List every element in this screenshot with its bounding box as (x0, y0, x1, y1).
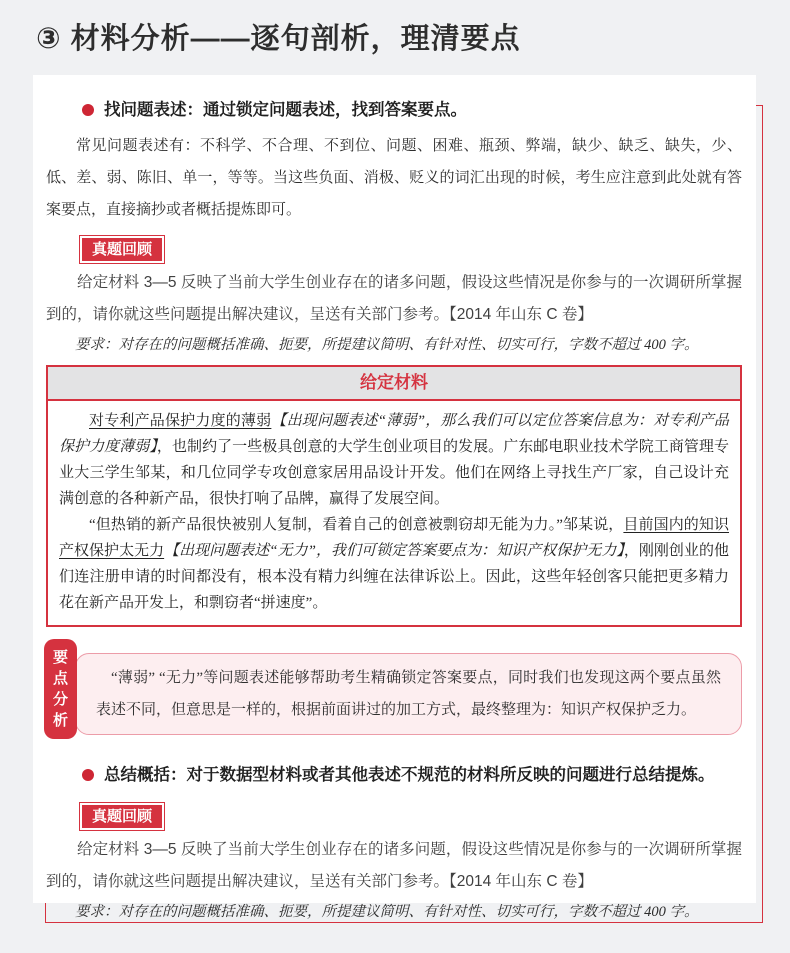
exam-question-paragraph: 给定材料 3—5 反映了当前大学生创业存在的诸多问题，假设这些情况是你参与的一次… (46, 267, 742, 331)
key-point-analysis-box: “薄弱” “无力”等问题表述能够帮助考生精确锁定答案要点，同时我们也发现这两个要… (75, 653, 742, 735)
material-paragraph-1: 对专利产品保护力度的薄弱【出现问题表述“薄弱”，那么我们可以定位答案信息为：对专… (59, 408, 729, 512)
material-paragraph-2: “但热销的新产品很快被别人复制，看着自己的创意被剽窃却无能为力。”邹某说，目前国… (59, 512, 729, 616)
given-material-header: 给定材料 (48, 367, 740, 401)
page-title: ③ 材料分析——逐句剖析，理清要点 (36, 16, 521, 57)
common-expressions-paragraph: 常见问题表述有：不科学、不合理、不到位、问题、困难、瓶颈、弊端，缺少、缺乏、缺失… (46, 130, 742, 226)
key-point-analysis-text: “薄弱” “无力”等问题表述能够帮助考生精确锁定答案要点，同时我们也发现这两个要… (96, 662, 721, 726)
material-text-2-lead: “但热销的新产品很快被别人复制，看着自己的创意被剽窃却无能为力。”邹某说， (89, 517, 623, 533)
given-material-body: 对专利产品保护力度的薄弱【出现问题表述“薄弱”，那么我们可以定位答案信息为：对专… (48, 401, 740, 625)
key-point-analysis-section: 要点分析 “薄弱” “无力”等问题表述能够帮助考生精确锁定答案要点，同时我们也发… (46, 653, 742, 735)
summarize-heading-text: 总结概括：对于数据型材料或者其他表述不规范的材料所反映的问题进行总结提炼。 (104, 764, 715, 786)
content-panel: 找问题表述：通过锁定问题表述，找到答案要点。 常见问题表述有：不科学、不合理、不… (33, 75, 756, 903)
material-text-1: ，也制约了一些极具创意的大学生创业项目的发展。广东邮电职业技术学院工商管理专业大… (59, 439, 729, 507)
red-bullet-icon (82, 104, 94, 116)
find-problem-heading: 找问题表述：通过锁定问题表述，找到答案要点。 (82, 99, 742, 121)
exam-question-paragraph-2: 给定材料 3—5 反映了当前大学生创业存在的诸多问题，假设这些情况是你参与的一次… (46, 834, 742, 898)
key-point-analysis-ribbon-label: 要点分析 (53, 647, 69, 731)
real-question-review-label: 真题回顾 (82, 238, 162, 261)
exam-requirement-line-2: 要求：对存在的问题概括准确、扼要，所提建议简明、有针对性、切实可行，字数不超过 … (46, 899, 742, 925)
real-question-review-badge-2: 真题回顾 (79, 802, 165, 831)
red-bullet-icon (82, 769, 94, 781)
bracket-annotation-2: 【出现问题表述“无力”，我们可锁定答案要点为：知识产权保护无力】 (164, 543, 624, 559)
real-question-review-label-2: 真题回顾 (82, 805, 162, 828)
key-point-analysis-ribbon: 要点分析 (44, 639, 77, 739)
summarize-heading: 总结概括：对于数据型材料或者其他表述不规范的材料所反映的问题进行总结提炼。 (82, 764, 742, 786)
exam-requirement-line: 要求：对存在的问题概括准确、扼要，所提建议简明、有针对性、切实可行，字数不超过 … (46, 332, 742, 358)
find-problem-heading-text: 找问题表述：通过锁定问题表述，找到答案要点。 (104, 99, 467, 121)
underlined-problem-phrase-1: 对专利产品保护力度的薄弱 (89, 413, 271, 429)
given-material-box: 给定材料 对专利产品保护力度的薄弱【出现问题表述“薄弱”，那么我们可以定位答案信… (46, 365, 742, 627)
real-question-review-badge: 真题回顾 (79, 235, 165, 264)
